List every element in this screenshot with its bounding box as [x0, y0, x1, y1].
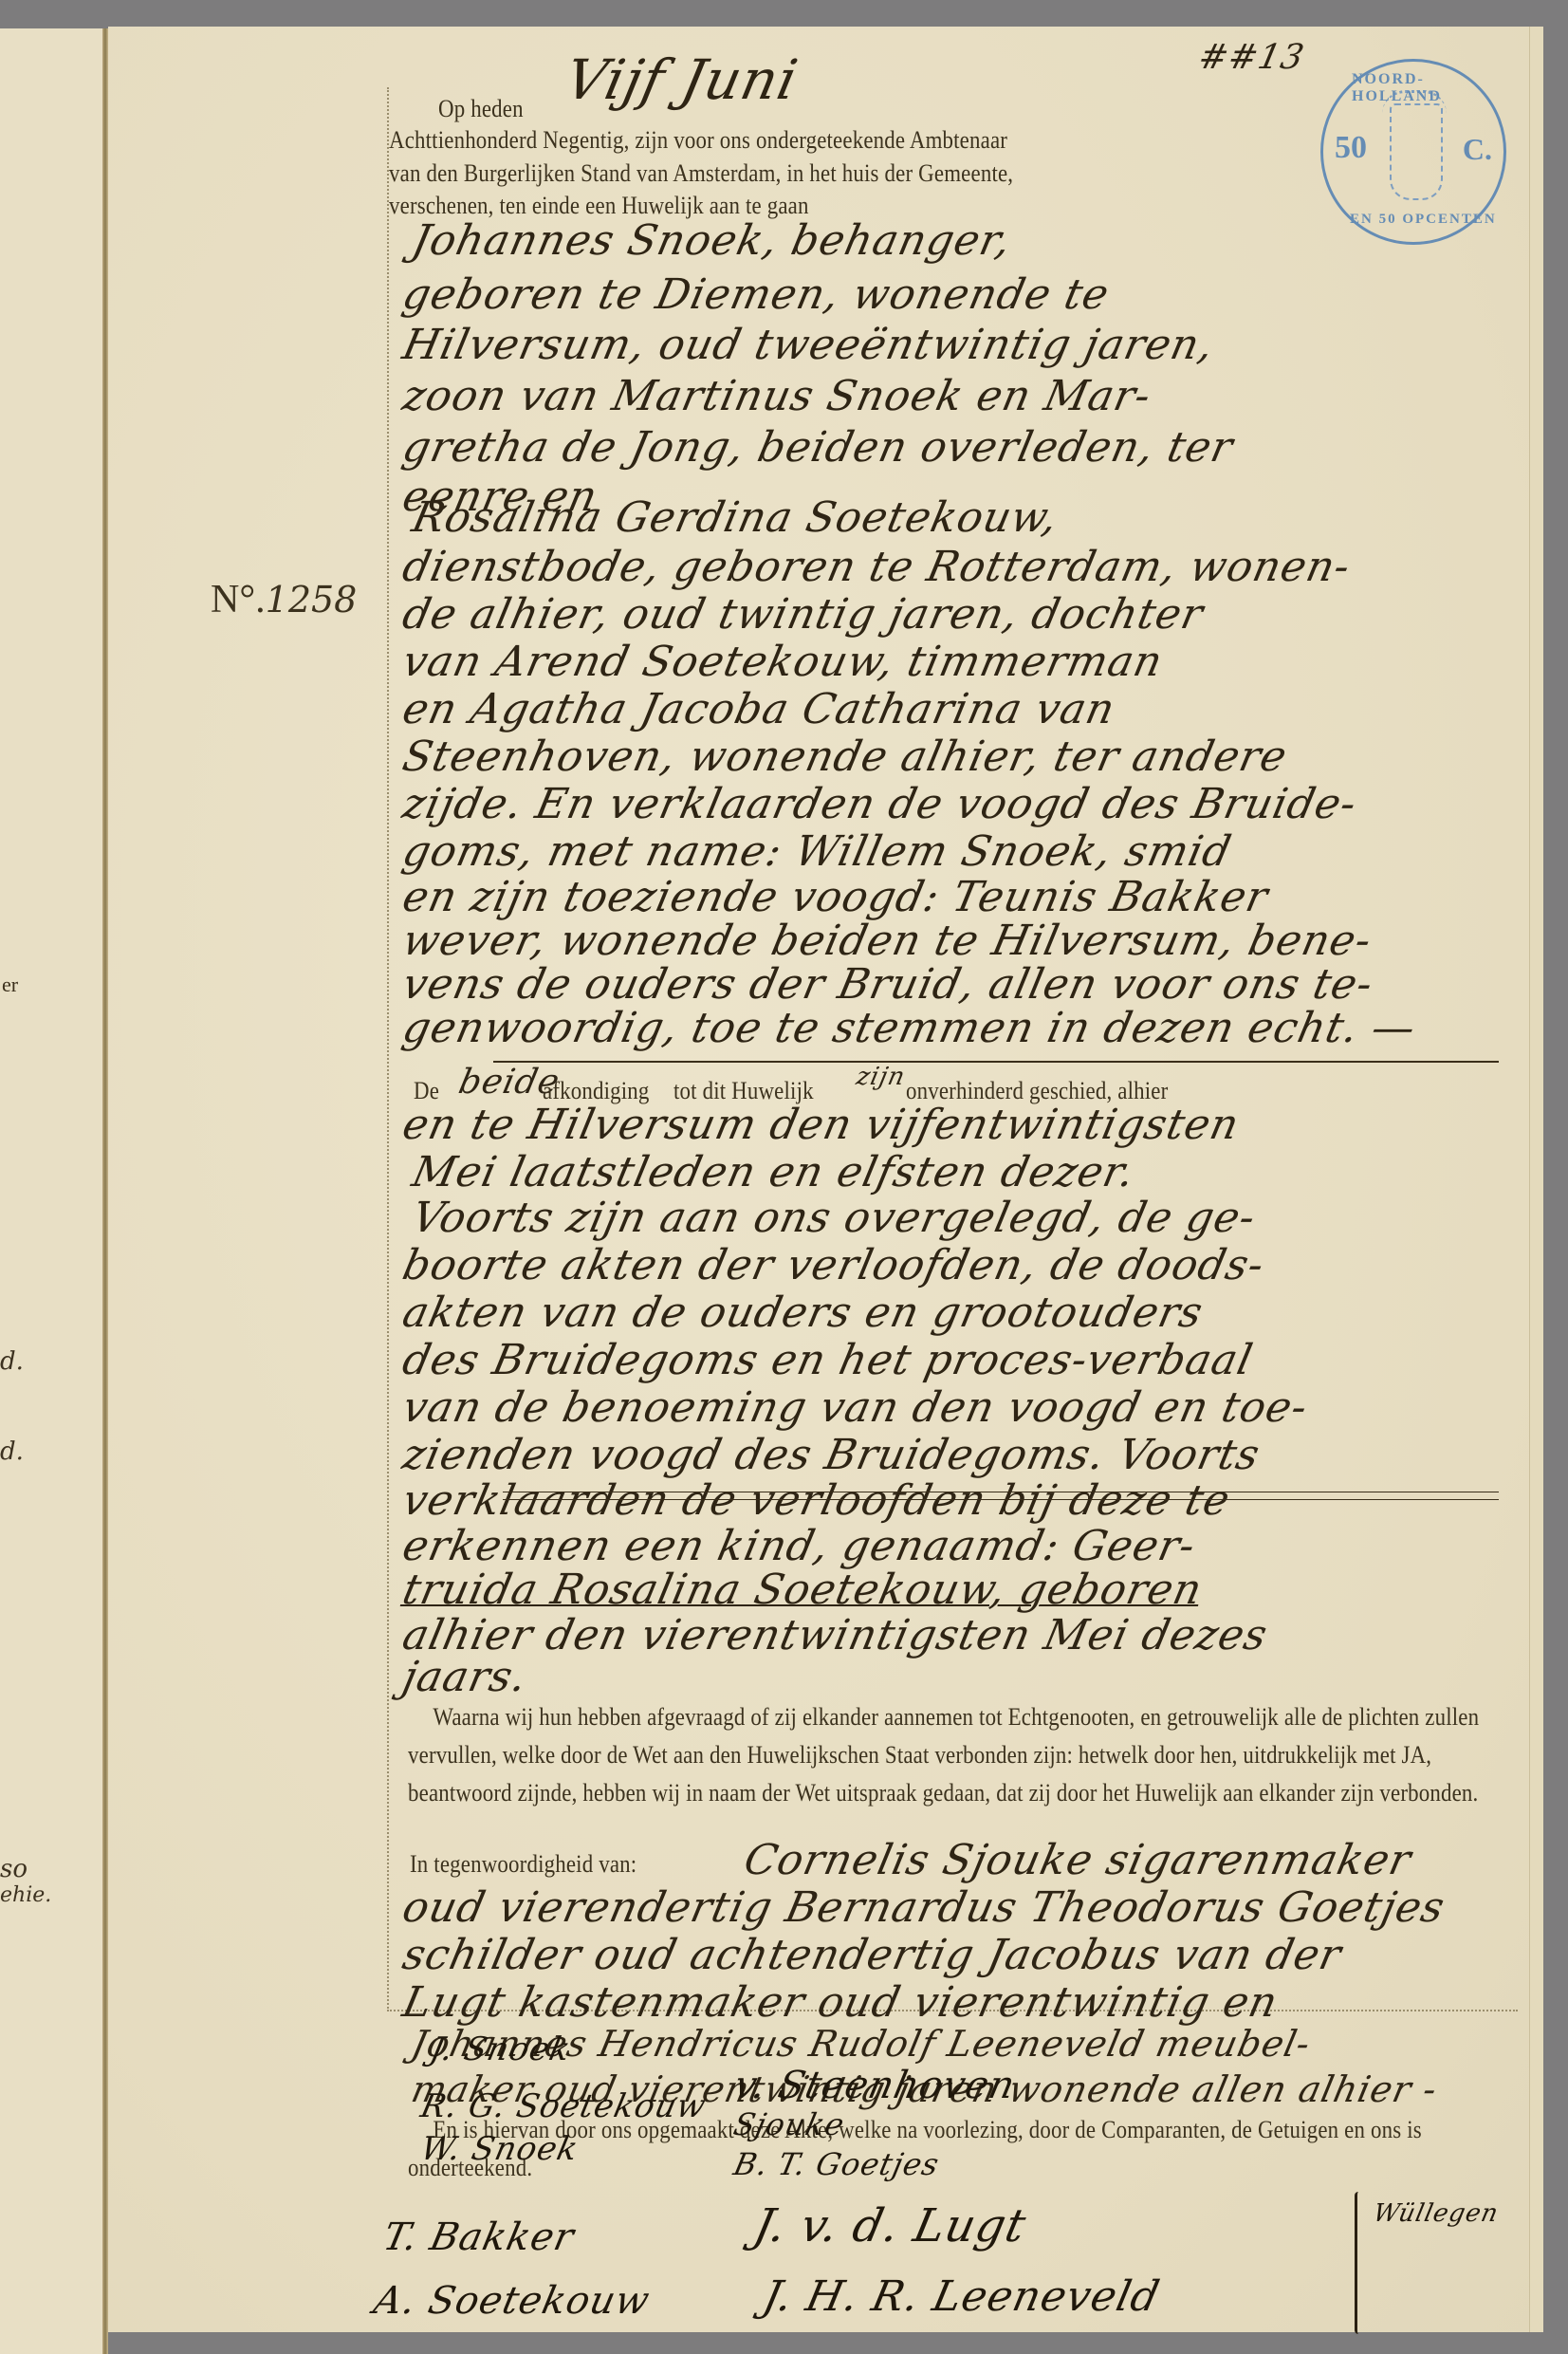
- act-number-value: 1258: [266, 579, 358, 621]
- handwritten-line: genwoordig, toe te stemmen in dezen echt…: [398, 1004, 1420, 1052]
- handwritten-line: oud vierendertig Bernardus Theodorus Goe…: [398, 1883, 1449, 1932]
- printed-line-2: van den Burgerlijken Stand van Amsterdam…: [389, 159, 1013, 188]
- page-edge: [1529, 27, 1543, 2332]
- printed-op-heden: Op heden: [438, 95, 524, 123]
- handwritten-line: zijde. En verklaarden de voogd des Bruid…: [398, 780, 1361, 828]
- signature: J. Snoek: [427, 2030, 575, 2068]
- printed-tegenwoordigheid: In tegenwoordigheid van:: [410, 1850, 636, 1879]
- handwritten-line: en Agatha Jacoba Catharina van: [398, 685, 1119, 733]
- handwritten-line: zoon van Martinus Snoek en Mar-: [398, 372, 1155, 420]
- signature: W. Snoek: [417, 2130, 582, 2168]
- signature: J. v. d. Lugt: [749, 2199, 1031, 2252]
- handwritten-line: de alhier, oud twintig jaren, dochter: [398, 590, 1208, 639]
- handwritten-line: Lugt kastenmaker oud vierentwintig en: [398, 1978, 1282, 2027]
- handwritten-line: Rosalina Gerdina Soetekouw,: [408, 493, 1062, 542]
- handwritten-line: van de benoeming van den voogd en toe-: [398, 1383, 1312, 1432]
- handwritten-line: geboren te Diemen, wonende te: [398, 270, 1114, 319]
- tax-stamp: NOORD-HOLLAND 50 C. EN 50 OPCENTEN: [1320, 59, 1506, 245]
- signature: A. Soetekouw: [370, 2279, 654, 2323]
- printed-waarna-paragraph: Waarna wij hun hebben afgevraagd of zij …: [408, 1698, 1485, 1812]
- act-number: N°.1258: [211, 577, 357, 622]
- handwritten-line: Mei laatstleden en elfsten dezer.: [408, 1148, 1139, 1196]
- handwritten-line: zienden voogd des Bruidegoms. Voorts: [398, 1431, 1264, 1479]
- handwritten-line: Steenhoven, wonende alhier, ter andere: [398, 732, 1292, 781]
- printed-line-1: Achttienhonderd Negentig, zijn voor ons …: [389, 126, 1007, 155]
- handwritten-line: jaars.: [398, 1653, 532, 1701]
- handwritten-date: Vijf Juni: [560, 47, 803, 112]
- handwritten-line: goms, met name: Willem Snoek, smid: [398, 827, 1236, 876]
- handwritten-line: akten van de ouders en grootouders: [398, 1288, 1208, 1337]
- handwritten-line: Cornelis Sjouke sigarenmaker: [740, 1836, 1416, 1884]
- line-filler-rule: [493, 1061, 1499, 1063]
- top-right-notation: ##13: [1195, 38, 1308, 77]
- handwritten-insert-zijn: zijn: [854, 1063, 908, 1091]
- stamp-value: 50: [1335, 130, 1367, 166]
- coat-of-arms-icon: [1390, 103, 1443, 200]
- left-page-printed-fragment: er: [2, 973, 18, 997]
- signature: J. H. R. Leeneveld: [759, 2272, 1164, 2321]
- handwritten-line: Hilversum, oud tweeëntwintig jaren,: [398, 321, 1219, 369]
- left-page-edge: [0, 28, 104, 2354]
- signature: R. G. Soetekouw: [417, 2087, 710, 2125]
- handwritten-line: verklaarden de verloofden bij deze te: [398, 1476, 1235, 1525]
- handwritten-line: schilder oud achtendertig Jacobus van de…: [398, 1931, 1346, 1979]
- handwritten-line: vens de ouders der Bruid, allen voor ons…: [398, 960, 1377, 1009]
- line-filler-rule: [503, 1499, 1499, 1500]
- stamp-ring-bottom: EN 50 OPCENTEN: [1350, 212, 1497, 228]
- handwritten-line: Voorts zijn aan ons overgelegd, de ge-: [408, 1194, 1261, 1242]
- handwritten-line: en te Hilversum den vijfentwintigsten: [398, 1101, 1244, 1149]
- handwritten-line: gretha de Jong, beiden overleden, ter: [398, 423, 1238, 472]
- signature: Sjouke: [730, 2106, 848, 2142]
- stamp-unit: C.: [1463, 132, 1492, 167]
- handwritten-line: wever, wonende beiden te Hilversum, bene…: [398, 917, 1376, 965]
- left-page-handwriting: so: [0, 1855, 28, 1883]
- handwritten-line: van Arend Soetekouw, timmerman: [398, 638, 1167, 686]
- handwritten-line: boorte akten der verloofden, de doods-: [398, 1241, 1269, 1289]
- handwritten-line: erkennen een kind, genaamd: Geer-: [398, 1522, 1200, 1570]
- handwritten-line: Johannes Snoek, behanger,: [408, 216, 1016, 265]
- left-page-handwriting: d.: [0, 1437, 24, 1466]
- handwritten-line: des Bruidegoms en het proces-verbaal: [398, 1336, 1257, 1384]
- signature-registrar: Wüllegen: [1371, 2199, 1502, 2228]
- line-filler-rule: [503, 1492, 1499, 1492]
- stamp-ring-top: NOORD-HOLLAND: [1352, 71, 1503, 105]
- handwritten-line: en zijn toeziende voogd: Teunis Bakker: [398, 873, 1273, 921]
- act-number-prefix: N°.: [211, 578, 266, 621]
- signature: B. T. Goetjes: [730, 2146, 943, 2182]
- signature: v. Steenhoven: [730, 2064, 1020, 2107]
- left-page-handwriting: ehie.: [0, 1883, 51, 1907]
- left-page-handwriting: d.: [0, 1347, 24, 1376]
- signature: T. Bakker: [379, 2215, 579, 2259]
- handwritten-line-child-name: truida Rosalina Soetekouw, geboren: [398, 1566, 1207, 1614]
- handwritten-line: dienstbode, geboren te Rotterdam, wonen-: [398, 543, 1355, 591]
- signature-brace: [1355, 2192, 1363, 2334]
